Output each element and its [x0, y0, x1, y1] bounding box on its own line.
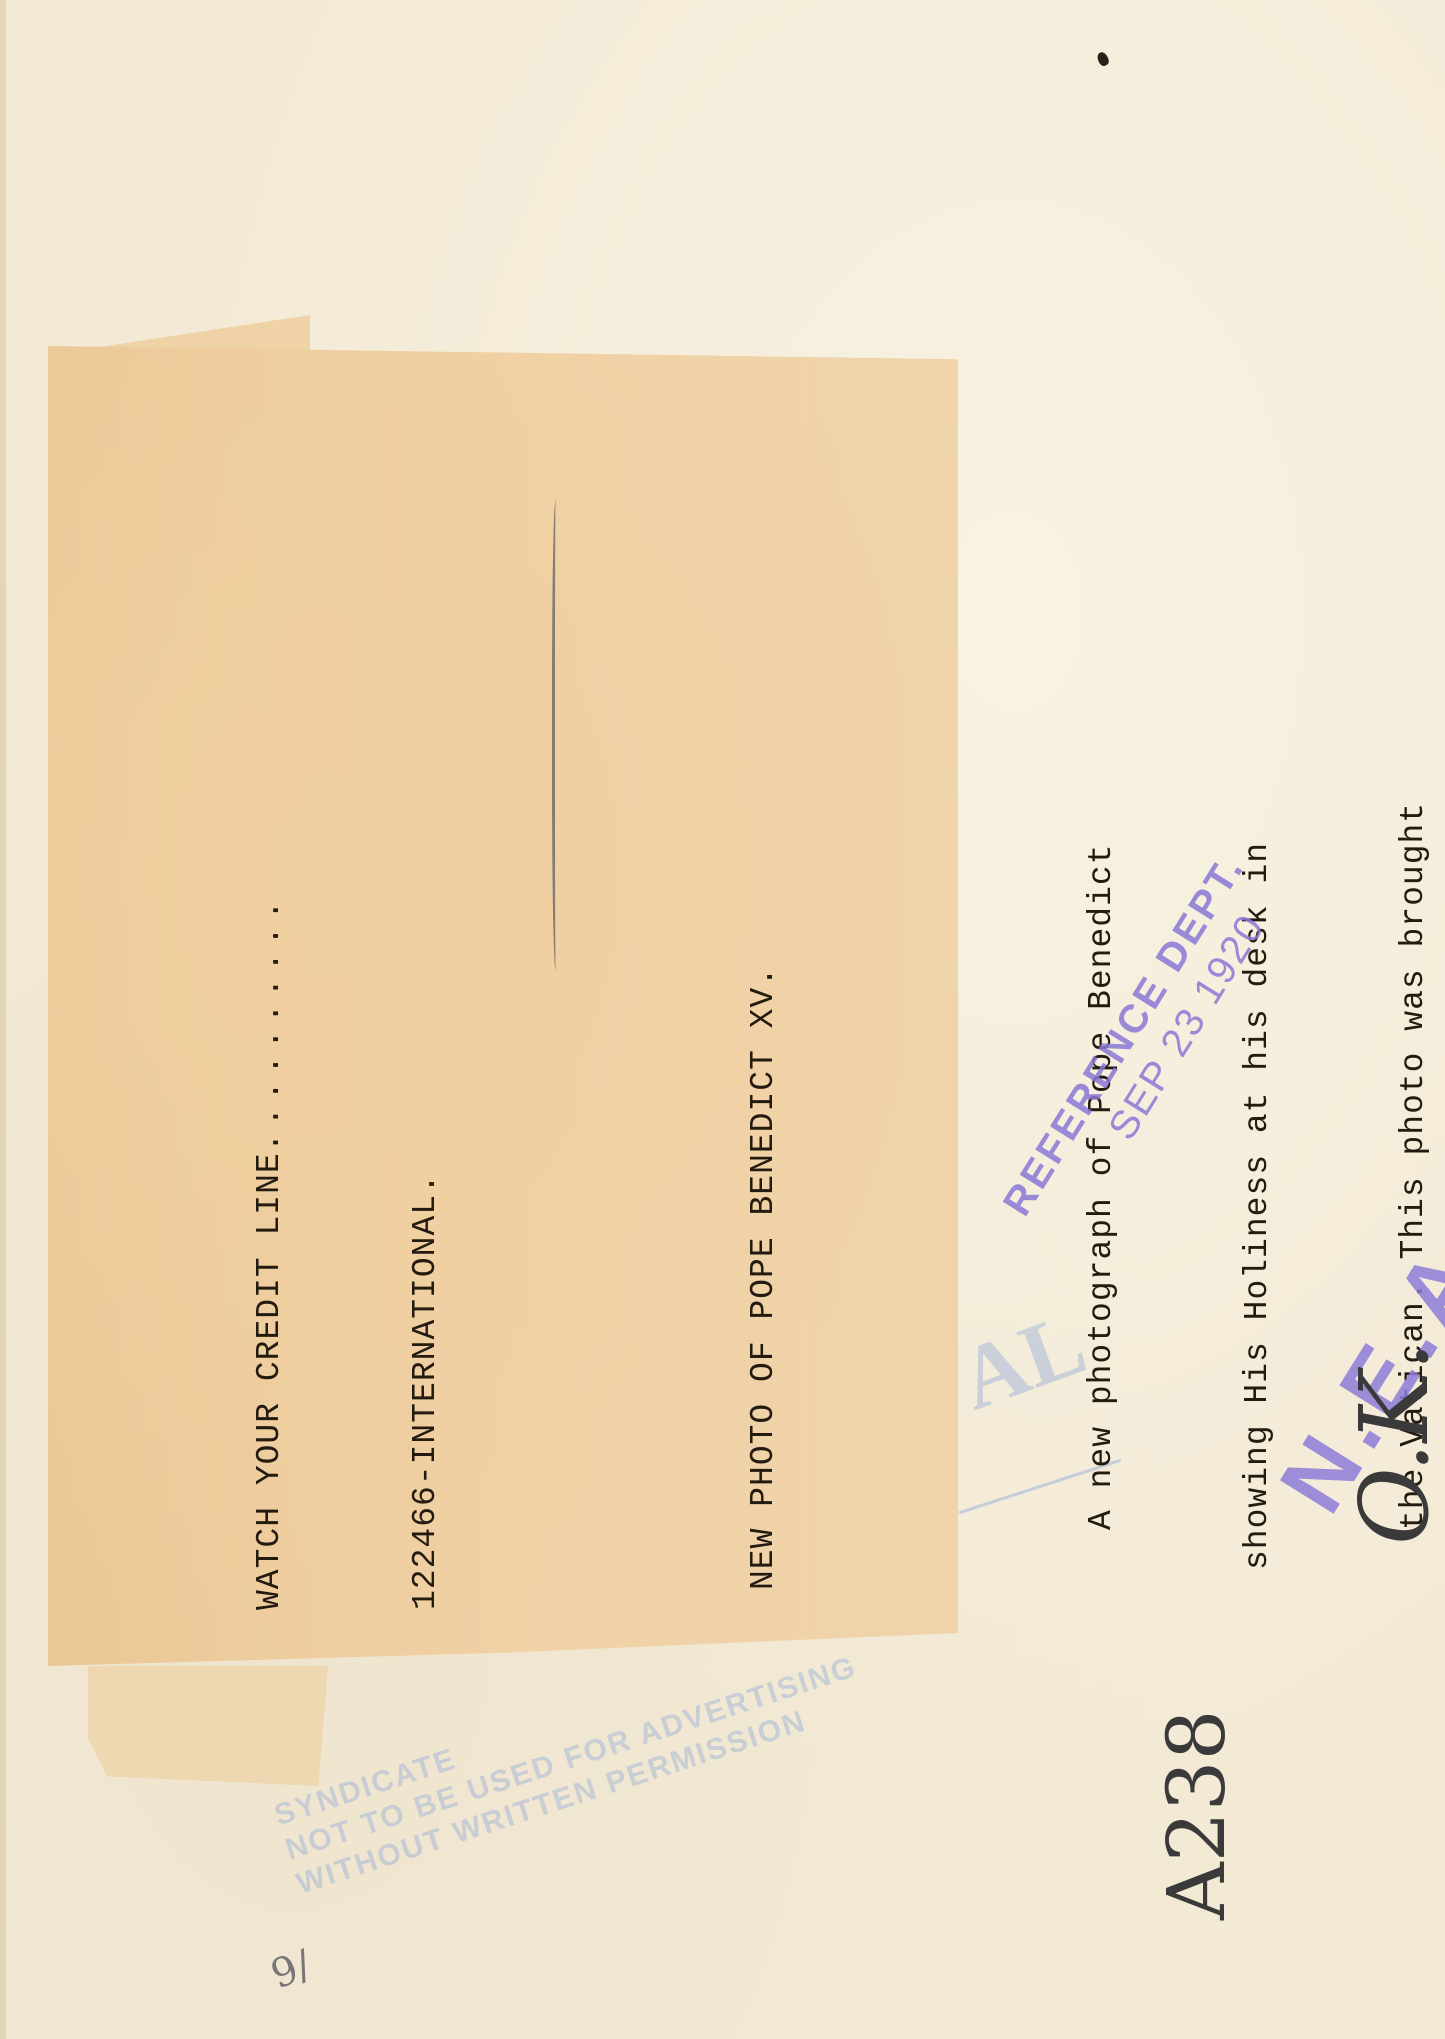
agency-line: 122466-INTERNATIONAL. — [400, 360, 452, 1610]
credit-line-text: WATCH YOUR CREDIT LINE — [251, 1152, 288, 1610]
pencil-underline-mark — [552, 500, 561, 970]
spacer — [894, 360, 972, 1610]
credit-dots: .......... — [251, 894, 288, 1152]
spacer — [556, 360, 634, 1610]
typed-caption: WATCH YOUR CREDIT LINE.......... 122466-… — [140, 360, 1445, 1610]
caption-headline: NEW PHOTO OF POPE BENEDICT XV. — [738, 360, 790, 1610]
handwritten-file-number: A238 — [1150, 1710, 1243, 1920]
handwritten-initials: O.K. — [1340, 1341, 1445, 1545]
torn-paper-residue — [88, 1666, 328, 1786]
caption-body-line: A new photograph of Pope Benedict — [1076, 360, 1128, 1610]
credit-line: WATCH YOUR CREDIT LINE.......... — [244, 360, 296, 1610]
